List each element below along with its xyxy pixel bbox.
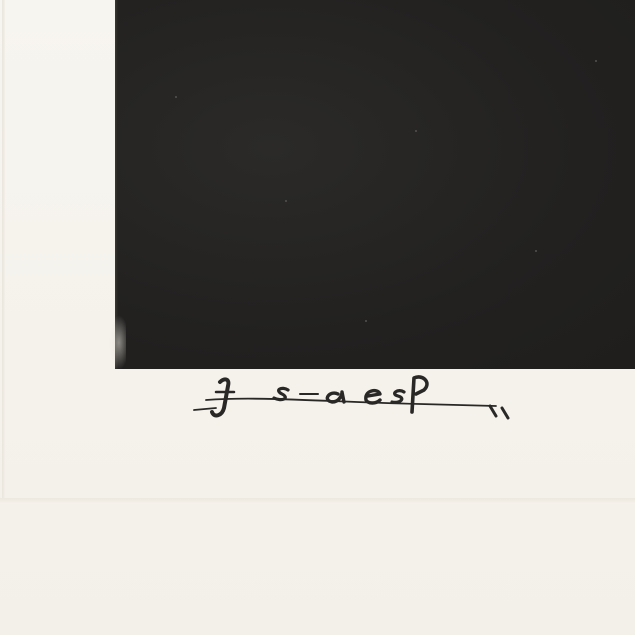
dust-speck <box>595 60 597 62</box>
black-print-area <box>115 0 635 369</box>
dust-speck <box>285 200 287 202</box>
dust-speck <box>415 130 417 132</box>
mat-bevel-edge <box>2 0 5 500</box>
dust-speck <box>535 250 537 252</box>
signature-glyph <box>190 372 530 428</box>
dust-speck <box>175 96 177 98</box>
lower-frame-area <box>0 504 635 635</box>
print-corner-wear <box>108 315 126 370</box>
dust-speck <box>365 320 367 322</box>
artist-signature: J. Saes <box>190 372 530 428</box>
